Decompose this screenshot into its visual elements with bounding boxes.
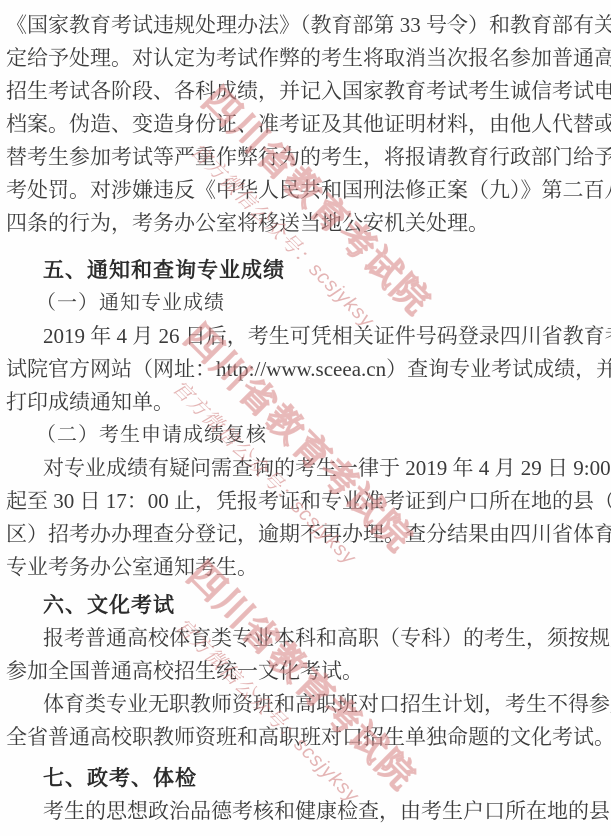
text-line: 试院官方网站（网址：http://www.sceea.cn）查询专业考试成绩，并 [6, 353, 605, 386]
text-line: 全省普通高校职教师资班和高职班对口招生单独命题的文化考试。 [6, 721, 605, 754]
text-line: 《国家教育考试违规处理办法》（教育部第 33 号令）和教育部有关规 [6, 9, 605, 42]
subsection-heading-5-2: （二）考生申请成绩复核 [36, 419, 605, 452]
text-line: 招生考试各阶段、各科成绩，并记入国家教育考试考生诚信考试电子 [6, 75, 605, 108]
text-line: 区）招考办办理查分登记，逾期不再办理。查分结果由四川省体育类 [6, 518, 605, 551]
paragraph-6-1: 报考普通高校体育类专业本科和高职（专科）的考生，须按规定 参加全国普通高校招生统… [6, 622, 605, 688]
paragraph-intro: 《国家教育考试违规处理办法》（教育部第 33 号令）和教育部有关规 定给予处理。… [6, 9, 605, 240]
subsection-heading-5-1: （一）通知专业成绩 [36, 287, 605, 320]
text-line: 报考普通高校体育类专业本科和高职（专科）的考生，须按规定 [6, 622, 605, 655]
text-line: 档案。伪造、变造身份证、准考证及其他证明材料，由他人代替或代 [6, 108, 605, 141]
text-line: 四条的行为，考务办公室将移送当地公安机关处理。 [6, 207, 605, 240]
section-heading-5: 五、通知和查询专业成绩 [43, 254, 605, 287]
document-page: 《国家教育考试违规处理办法》（教育部第 33 号令）和教育部有关规 定给予处理。… [0, 0, 611, 836]
section-heading-6: 六、文化考试 [43, 589, 605, 622]
paragraph-7-1: 考生的思想政治品德考核和健康检查，由考生户口所在地的县 [6, 795, 605, 828]
text-line: 专业考务办公室通知考生。 [6, 551, 605, 584]
text-line: 体育类专业无职教师资班和高职班对口招生计划，考生不得参加 [6, 688, 605, 721]
paragraph-5-2: 对专业成绩有疑问需查询的考生一律于 2019 年 4 月 29 日 9:00 起… [6, 452, 605, 584]
document-content: 《国家教育考试违规处理办法》（教育部第 33 号令）和教育部有关规 定给予处理。… [0, 0, 611, 836]
text-line: 考生的思想政治品德考核和健康检查，由考生户口所在地的县 [6, 795, 605, 828]
text-line: 对专业成绩有疑问需查询的考生一律于 2019 年 4 月 29 日 9:00 [6, 452, 605, 485]
section-heading-7: 七、政考、体检 [43, 762, 605, 795]
text-line: 打印成绩通知单。 [6, 386, 605, 419]
text-line: 定给予处理。对认定为考试作弊的考生将取消当次报名参加普通高校 [6, 42, 605, 75]
paragraph-5-1: 2019 年 4 月 26 日后，考生可凭相关证件号码登录四川省教育考 试院官方… [6, 320, 605, 419]
text-line: 考处罚。对涉嫌违反《中华人民共和国刑法修正案（九）》第二百八十 [6, 174, 605, 207]
text-line: 2019 年 4 月 26 日后，考生可凭相关证件号码登录四川省教育考 [6, 320, 605, 353]
text-line: 起至 30 日 17：00 止，凭报考证和专业准考证到户口所在地的县（市、 [6, 485, 605, 518]
paragraph-6-2: 体育类专业无职教师资班和高职班对口招生计划，考生不得参加 全省普通高校职教师资班… [6, 688, 605, 754]
text-line: 替考生参加考试等严重作弊行为的考生，将报请教育行政部门给予停 [6, 141, 605, 174]
text-line: 参加全国普通高校招生统一文化考试。 [6, 655, 605, 688]
